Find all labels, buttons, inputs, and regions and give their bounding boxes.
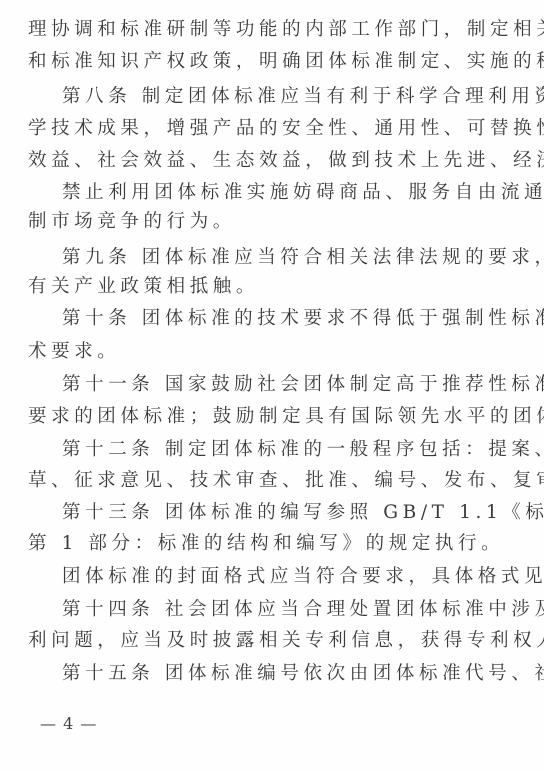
article-9-heading-line: 第九条 团体标准应当符合相关法律法规的要求，不得与国家	[62, 242, 516, 274]
article-13-heading-line: 第十三条 团体标准的编写参照 GB/T 1.1《标准化工作导则	[62, 497, 516, 529]
page-number: — 4 —	[40, 712, 97, 736]
text-line: 制市场竞争的行为。	[28, 206, 516, 238]
paragraph-start-line: 团体标准的封面格式应当符合要求，具体格式见附件。	[62, 561, 516, 593]
article-14-heading-line: 第十四条 社会团体应当合理处置团体标准中涉及的必要专	[62, 594, 516, 626]
text-line: 利问题，应当及时披露相关专利信息，获得专利权人的许可声明。	[28, 625, 516, 657]
text-line: 术要求。	[28, 336, 516, 368]
text-line: 理协调和标准研制等功能的内部工作部门，制定相关的管理办法	[28, 14, 516, 46]
article-11-heading-line: 第十一条 国家鼓励社会团体制定高于推荐性标准相关技术	[62, 369, 516, 401]
text-line: 第 1 部分：标准的结构和编写》的规定执行。	[28, 528, 516, 560]
article-15-heading-line: 第十五条 团体标准编号依次由团体标准代号、社会团体代	[62, 658, 516, 690]
document-page: 理协调和标准研制等功能的内部工作部门，制定相关的管理办法 和标准知识产权政策，明…	[0, 0, 544, 771]
article-8-heading-line: 第八条 制定团体标准应当有利于科学合理利用资源，推广科	[62, 81, 516, 113]
article-10-heading-line: 第十条 团体标准的技术要求不得低于强制性标准的相关技	[62, 303, 516, 335]
text-line: 学技术成果，增强产品的安全性、通用性、可替换性，提高经济	[28, 113, 516, 145]
text-line: 有关产业政策相抵触。	[28, 271, 516, 303]
text-line: 和标准知识产权政策，明确团体标准制定、实施的程序和要求。	[28, 46, 516, 78]
text-line: 草、征求意见、技术审查、批准、编号、发布、复审。	[28, 465, 516, 497]
text-line: 要求的团体标准；鼓励制定具有国际领先水平的团体标准。	[28, 401, 516, 433]
paragraph-start-line: 禁止利用团体标准实施妨碍商品、服务自由流通等排除、限	[62, 177, 516, 209]
text-line: 效益、社会效益、生态效益，做到技术上先进、经济上合理。	[28, 145, 516, 177]
article-12-heading-line: 第十二条 制定团体标准的一般程序包括：提案、立项、起	[62, 434, 516, 466]
